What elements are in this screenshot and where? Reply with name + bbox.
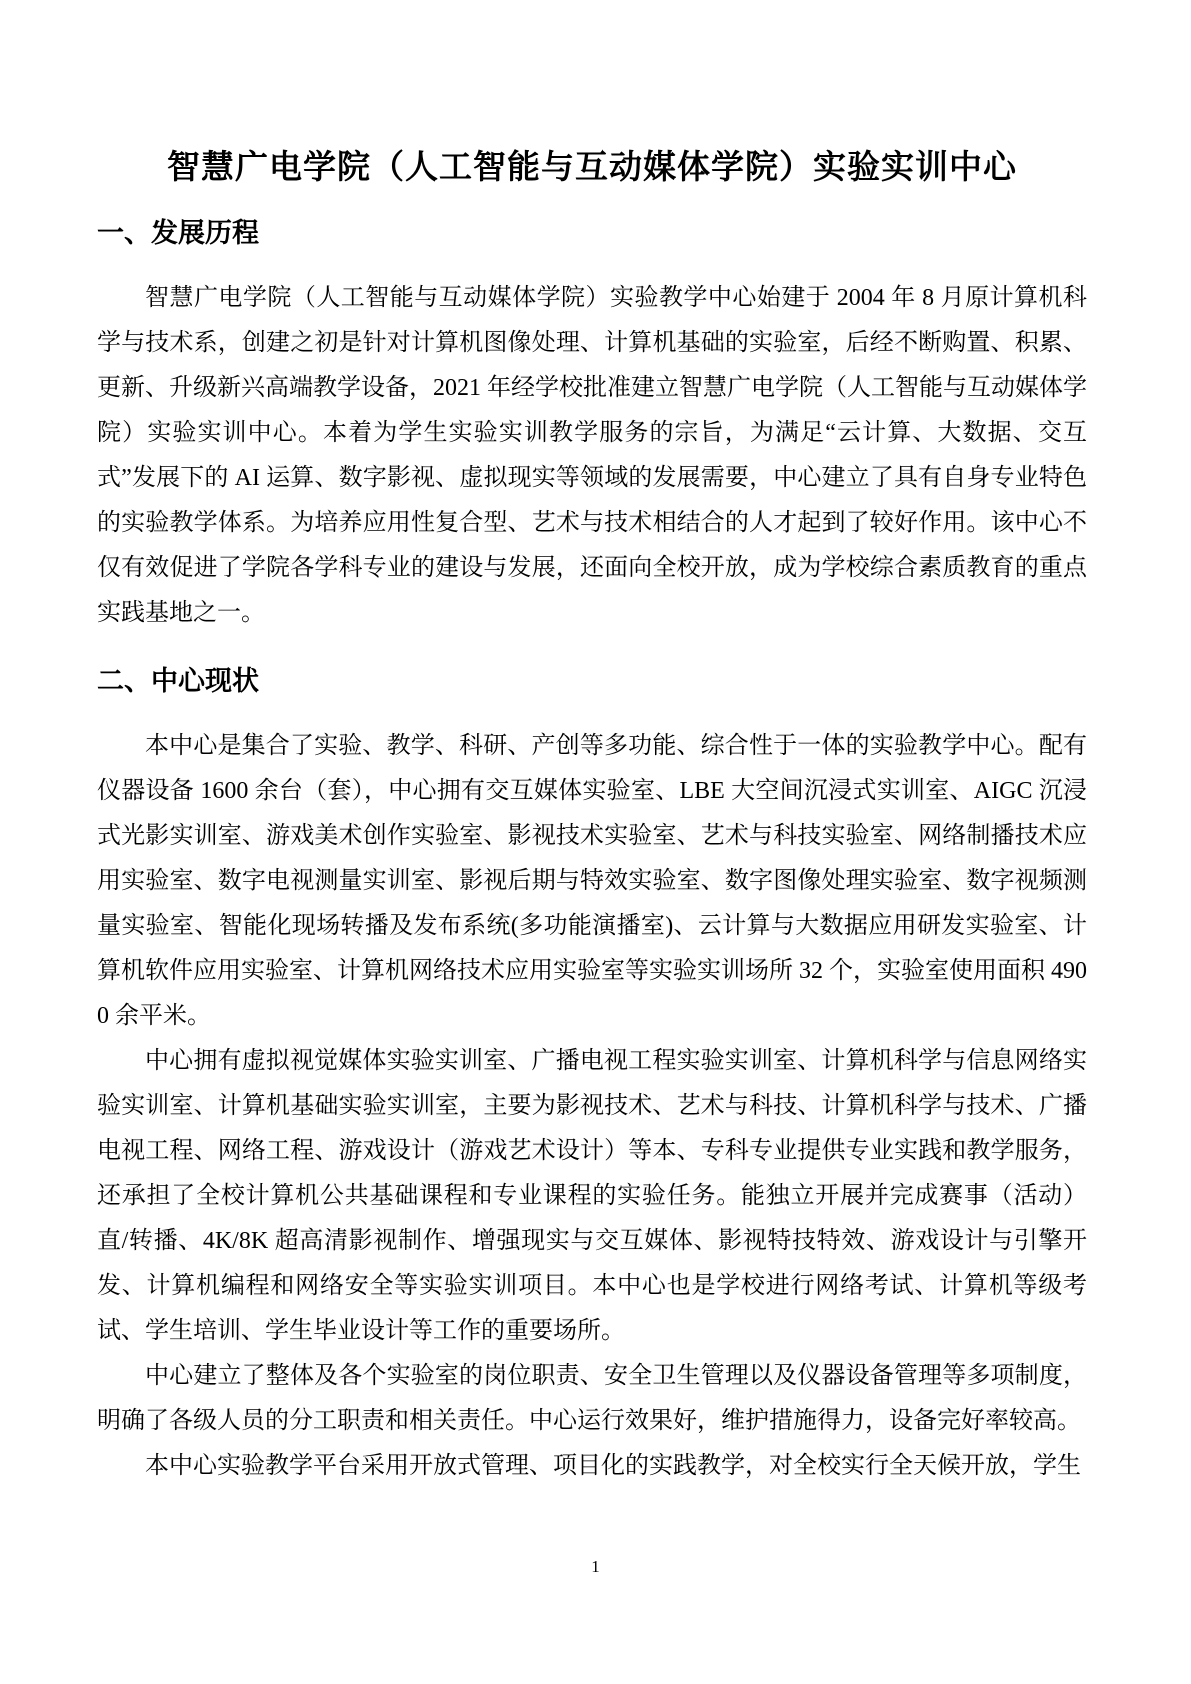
section-heading: 一、发展历程 bbox=[97, 216, 1087, 250]
document-title: 智慧广电学院（人工智能与互动媒体学院）实验实训中心 bbox=[97, 146, 1087, 188]
body-paragraph: 本中心是集合了实验、教学、科研、产创等多功能、综合性于一体的实验教学中心。配有仪… bbox=[97, 724, 1087, 1039]
document-content: 智慧广电学院（人工智能与互动媒体学院）实验实训中心 一、发展历程智慧广电学院（人… bbox=[97, 0, 1087, 1489]
body-paragraph: 中心建立了整体及各个实验室的岗位职责、安全卫生管理以及仪器设备管理等多项制度，明… bbox=[97, 1354, 1087, 1444]
page-number: 1 bbox=[0, 1556, 1191, 1578]
body-paragraph: 中心拥有虚拟视觉媒体实验实训室、广播电视工程实验实训室、计算机科学与信息网络实验… bbox=[97, 1039, 1087, 1354]
document-sections: 一、发展历程智慧广电学院（人工智能与互动媒体学院）实验教学中心始建于 2004 … bbox=[97, 216, 1087, 1489]
body-paragraph: 本中心实验教学平台采用开放式管理、项目化的实践教学，对全校实行全天候开放，学生 bbox=[97, 1444, 1087, 1489]
document-page: 智慧广电学院（人工智能与互动媒体学院）实验实训中心 一、发展历程智慧广电学院（人… bbox=[0, 0, 1191, 1684]
section-heading: 二、中心现状 bbox=[97, 664, 1087, 698]
body-paragraph: 智慧广电学院（人工智能与互动媒体学院）实验教学中心始建于 2004 年 8 月原… bbox=[97, 276, 1087, 636]
